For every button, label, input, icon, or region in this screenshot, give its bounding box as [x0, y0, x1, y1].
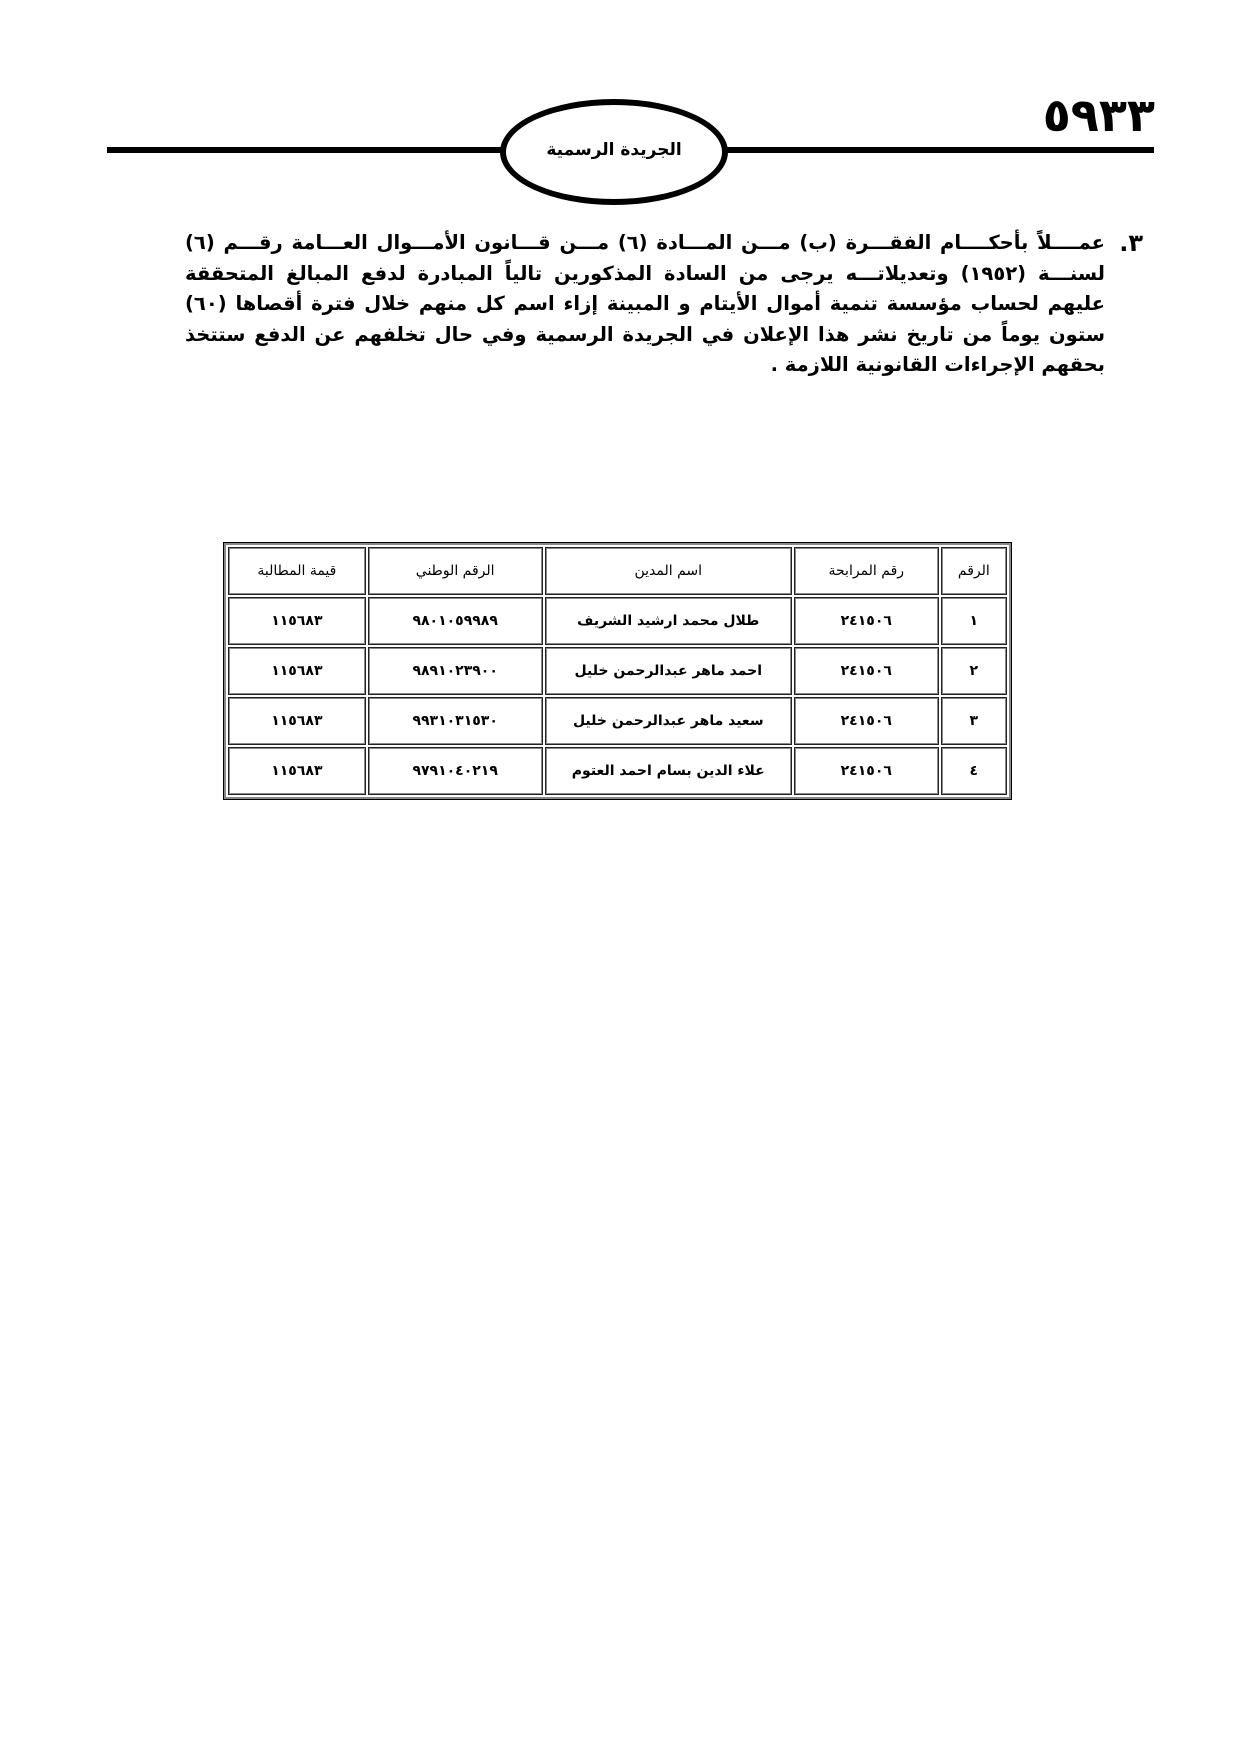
- cell-national-id: ٩٩٣١٠٣١٥٣٠: [368, 697, 543, 745]
- column-header-seq: الرقم: [941, 547, 1007, 595]
- table-row: ٢ ٢٤١٥٠٦ احمد ماهر عبدالرحمن خليل ٩٨٩١٠٢…: [228, 647, 1007, 695]
- cell-murabaha-number: ٢٤١٥٠٦: [794, 647, 939, 695]
- debtors-table: الرقم رقم المرابحة اسم المدين الرقم الوط…: [224, 543, 1011, 799]
- table-header-row: الرقم رقم المرابحة اسم المدين الرقم الوط…: [228, 547, 1007, 595]
- cell-seq: ١: [941, 597, 1007, 645]
- cell-national-id: ٩٧٩١٠٤٠٢١٩: [368, 747, 543, 795]
- cell-debtor-name: احمد ماهر عبدالرحمن خليل: [545, 647, 792, 695]
- cell-seq: ٤: [941, 747, 1007, 795]
- cell-claim-amount: ١١٥٦٨٣: [228, 597, 366, 645]
- publication-title-oval: الجريدة الرسمية: [500, 99, 728, 205]
- cell-national-id: ٩٨٩١٠٢٣٩٠٠: [368, 647, 543, 695]
- cell-debtor-name: سعيد ماهر عبدالرحمن خليل: [545, 697, 792, 745]
- column-header-claim-amount: قيمة المطالبة: [228, 547, 366, 595]
- cell-debtor-name: علاء الدين بسام احمد العتوم: [545, 747, 792, 795]
- table-row: ١ ٢٤١٥٠٦ طلال محمد ارشيد الشريف ٩٨٠١٠٥٩٩…: [228, 597, 1007, 645]
- cell-claim-amount: ١١٥٦٨٣: [228, 697, 366, 745]
- page-number: ٥٩٣٣: [1035, 92, 1155, 138]
- table-row: ٤ ٢٤١٥٠٦ علاء الدين بسام احمد العتوم ٩٧٩…: [228, 747, 1007, 795]
- table-row: ٣ ٢٤١٥٠٦ سعيد ماهر عبدالرحمن خليل ٩٩٣١٠٣…: [228, 697, 1007, 745]
- cell-claim-amount: ١١٥٦٨٣: [228, 747, 366, 795]
- publication-title: الجريدة الرسمية: [546, 140, 681, 160]
- cell-seq: ٣: [941, 697, 1007, 745]
- cell-murabaha-number: ٢٤١٥٠٦: [794, 597, 939, 645]
- column-header-national-id: الرقم الوطني: [368, 547, 543, 595]
- notice-item-number: ٣.: [1119, 228, 1143, 259]
- cell-murabaha-number: ٢٤١٥٠٦: [794, 747, 939, 795]
- cell-murabaha-number: ٢٤١٥٠٦: [794, 697, 939, 745]
- notice-paragraph-block: ٣. عمــــلاً بأحكــــام الفقـــرة (ب) مـ…: [185, 228, 1105, 381]
- column-header-murabaha-number: رقم المرابحة: [794, 547, 939, 595]
- notice-paragraph: عمــــلاً بأحكــــام الفقـــرة (ب) مـــن…: [185, 231, 1105, 376]
- cell-debtor-name: طلال محمد ارشيد الشريف: [545, 597, 792, 645]
- cell-seq: ٢: [941, 647, 1007, 695]
- column-header-debtor-name: اسم المدين: [545, 547, 792, 595]
- cell-claim-amount: ١١٥٦٨٣: [228, 647, 366, 695]
- cell-national-id: ٩٨٠١٠٥٩٩٨٩: [368, 597, 543, 645]
